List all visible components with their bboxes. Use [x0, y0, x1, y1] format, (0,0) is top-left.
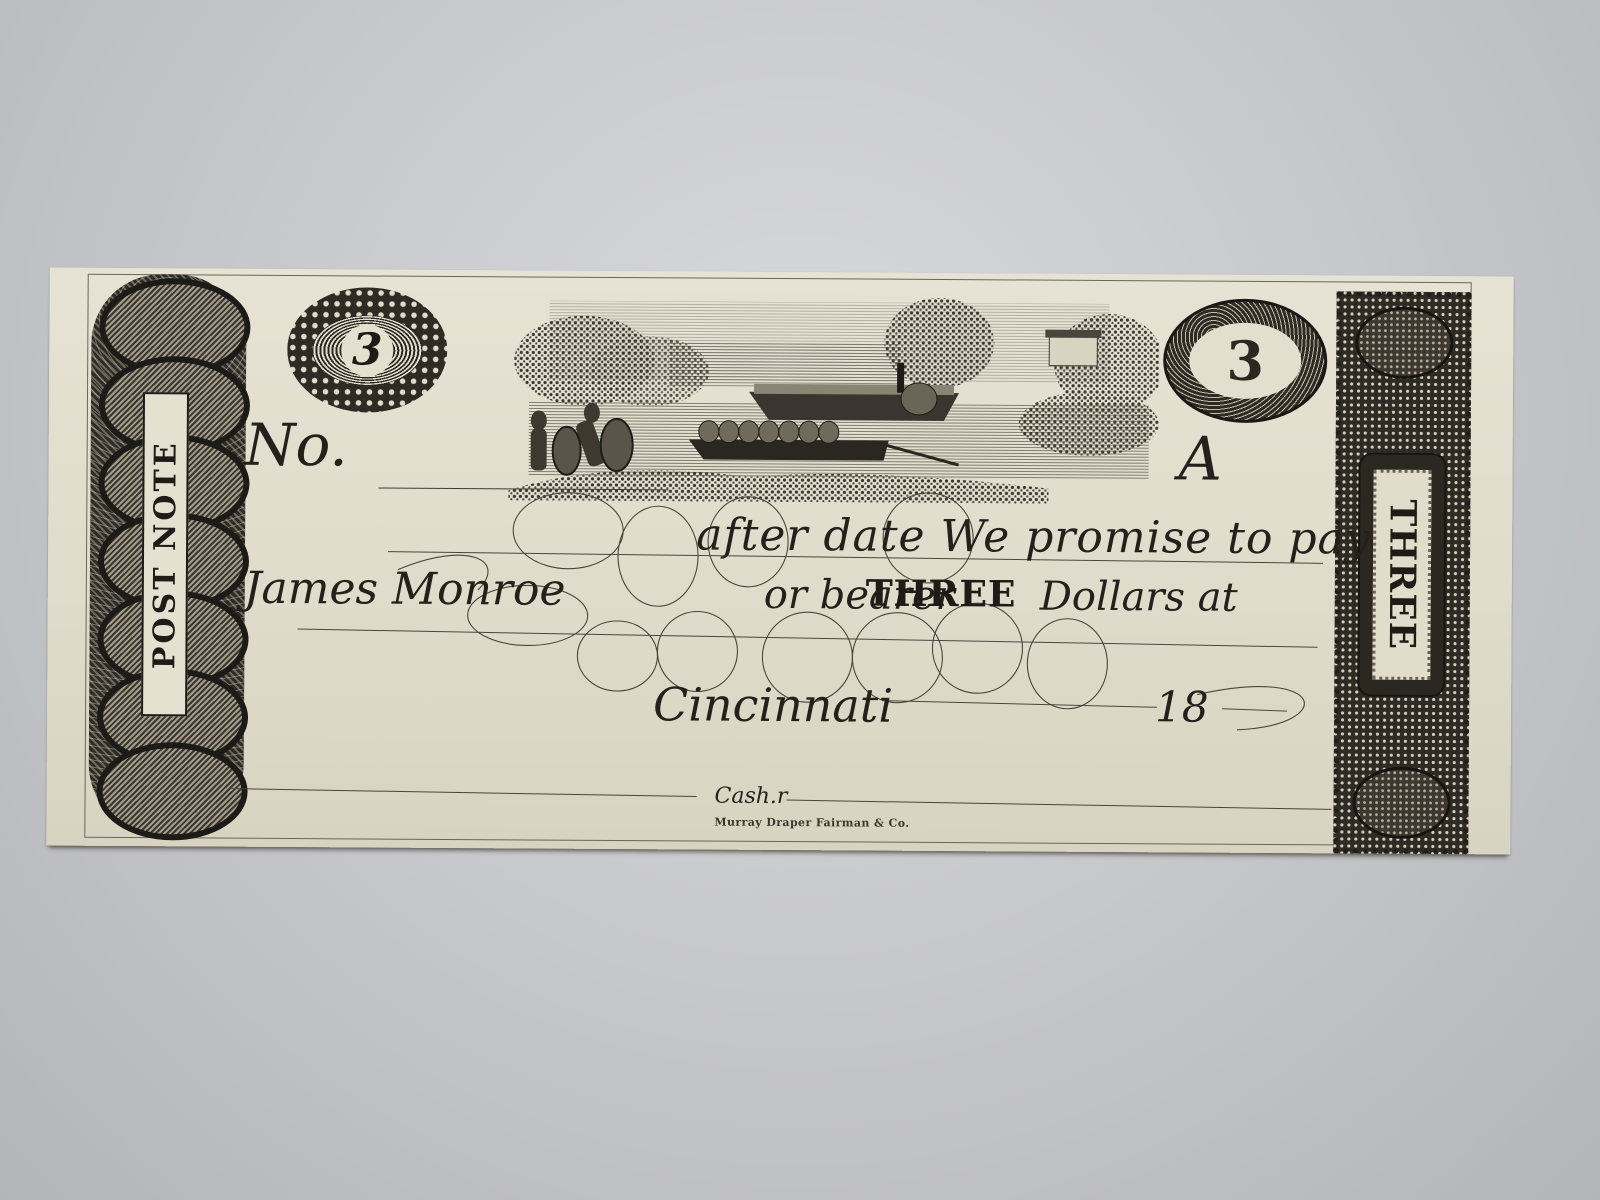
series-letter: A [1178, 424, 1222, 494]
engraver-imprint: Murray Draper Fairman & Co. [714, 816, 909, 830]
number-label: No. [244, 411, 348, 480]
post-note-label-box: POST NOTE [141, 392, 189, 716]
ornamental-oval [1352, 767, 1450, 840]
city-name: Cincinnati [653, 677, 893, 732]
denomination-oval-right: 3 [1163, 298, 1328, 423]
three-label-box: THREE [1357, 453, 1446, 698]
right-ornamental-panel: THREE [1333, 291, 1471, 854]
dollars-at: Dollars at [1040, 574, 1238, 621]
ornamental-oval [1355, 307, 1453, 380]
river-scene-vignette [488, 290, 1159, 504]
denomination-oval-left: 3 [287, 287, 448, 413]
guilloche-ring [96, 742, 248, 841]
guilloche-ring: 3 [312, 315, 422, 386]
promise-line: after date We promise to pay [696, 509, 1371, 564]
banknote: POST NOTE 3 [46, 268, 1514, 855]
payee-name: James Monroe [244, 563, 566, 616]
denomination-numeral-right: 3 [1189, 322, 1301, 399]
denomination-numeral-left: 3 [341, 324, 393, 376]
amount-word: THREE [866, 573, 1017, 616]
three-side-label: THREE [1380, 499, 1423, 650]
cashier-label: Cash.r [714, 784, 787, 809]
post-note-label: POST NOTE [147, 440, 183, 669]
left-ornamental-panel: POST NOTE [88, 274, 246, 835]
year-prefix: 18 [1155, 682, 1209, 731]
